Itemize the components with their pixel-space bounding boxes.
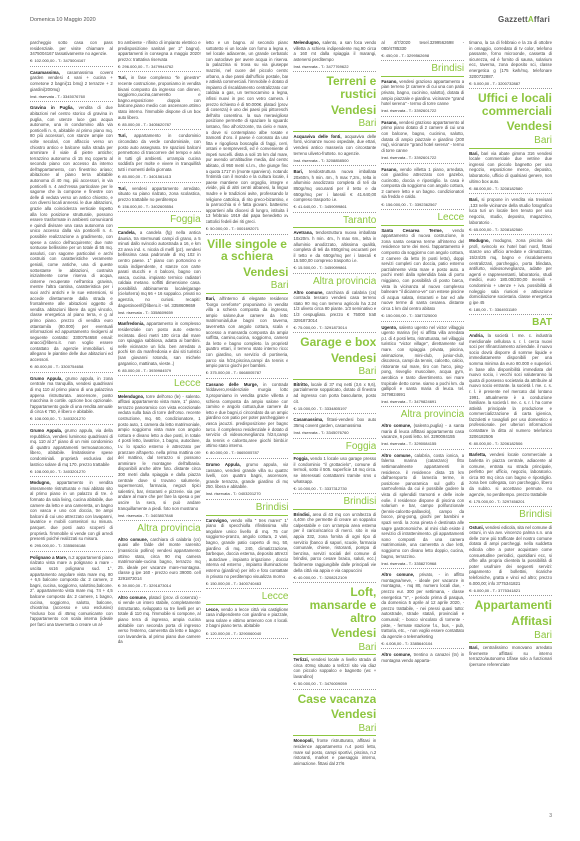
classified-ad: Fasano, vendesi grazioso appartamento a … (381, 79, 464, 117)
section-heading: Bari (293, 119, 376, 132)
ad-location: Melendugno, (293, 40, 320, 45)
ad-location: Fasano, (381, 120, 397, 125)
ad-price-contact: €: 120.000,00 - T.: 3290060040 (206, 631, 289, 640)
ad-location: Acquaviva delle fonti, (293, 134, 341, 139)
ad-price-contact: Inst. riservata - T.: 3403807848 (118, 513, 201, 522)
section-heading: Lecce (381, 213, 464, 226)
section-heading: Appartamenti (469, 599, 552, 612)
ad-price-contact: €: 85.000,00 - T.: 3405620787 (118, 122, 201, 131)
ad-location: Altro comune, (381, 572, 414, 577)
section-heading: Vendesi (293, 104, 376, 117)
section-heading: Affitasi (469, 615, 552, 628)
column-6: timano, la 1a di febbraio e la 2a di ott… (469, 40, 552, 820)
section-heading: Vendesi (293, 627, 376, 640)
ad-location: Bari, (293, 169, 303, 174)
classified-ad: Brindisi, area di 43 mq con un'altezza d… (293, 512, 376, 584)
classified-ad: Modugno, appartamento in vendita interam… (30, 480, 113, 552)
ad-location: Modugno, (30, 480, 51, 485)
classified-ad: Turi, vendesi appartamento arredato, sit… (118, 186, 201, 213)
ad-location: Grumo Appula, (30, 376, 63, 381)
section-heading: Vendesi (293, 708, 376, 721)
ad-price-contact: €: 175.000,00 - T.: 3297458201 (469, 499, 552, 508)
ad-location: Ostuni, (469, 525, 484, 530)
section-heading: Lecce (118, 379, 201, 392)
ad-location: Terlizzi, (293, 657, 308, 662)
classified-ad: Grumo Appula, grumo appula, in zona cent… (30, 376, 113, 425)
ad-location: Bitritto, (293, 382, 308, 387)
ad-price-contact: €: 10.000,00 - T.: 3337312730 (293, 486, 376, 495)
section-heading: Garage e box (293, 336, 376, 349)
ad-price-contact: Inst. riservata - T.: 3479824691 (381, 399, 464, 408)
section-heading: Bari (469, 631, 552, 644)
ad-price-contact: €: 75.000,00 - T.: 3291873014 (293, 325, 376, 334)
classified-ad: Altro comune, privato, - in affitto mont… (381, 572, 464, 649)
ad-location: Grumo Appula, (30, 428, 62, 433)
ad-price-contact: Inst. riservata - T.: 0403201270 (206, 491, 289, 500)
ad-location: Modugno, (469, 238, 490, 243)
classified-ad: Casamassima, fittasi-vendesi box auto 35… (293, 417, 376, 438)
classified-ad: Manfredonia, appartamento in complesso r… (118, 321, 201, 376)
classified-ad: Bari, all'interno di elegante residence … (206, 296, 289, 379)
ad-text: vendo villa " tres mares" 1° piano di sp… (206, 518, 289, 579)
ad-price-contact: €: 156.000,00 - T.: 3392362567 (381, 202, 464, 211)
ad-text: bari via abate gimma 316 vendesi locale … (469, 151, 552, 184)
classified-ad: Fasano, vendesi grazioso appartamento al… (381, 120, 464, 164)
ad-location: Altro comune, (381, 652, 411, 657)
ad-location: Andria, (469, 333, 484, 338)
classified-ad: Grumo Appula, grumo appula, via della re… (30, 428, 113, 477)
ad-price-contact: €: 5.000,00 - T.: 3200732887 (469, 81, 552, 90)
classified-ad: Foggia, vendo 1 locale uso garage presso… (293, 456, 376, 494)
classified-ad: Altro comune, trentino a canazei (tn) in… (381, 652, 464, 663)
section-heading: Bari (293, 724, 376, 737)
ad-location: Cassano delle Murge, (206, 382, 258, 387)
classified-ad: Gravina in Puglia, vendita di due abitaz… (30, 105, 113, 372)
ad-text: grumo appula, via della repubblica, vend… (30, 428, 113, 467)
section-heading: Bari (206, 281, 289, 294)
section-heading: Bari (293, 367, 376, 380)
ad-text: salento ugento nel victor villaggio ugen… (381, 325, 464, 397)
classified-ad: letto e un bagno. al secondo piano sotto… (206, 40, 289, 235)
ad-text: privato, - in affitto montagna/neve, - i… (381, 572, 464, 639)
ad-location: Santa Cesarea Terme, (381, 228, 442, 233)
classified-ad: Grumo Appula, grumo appula, via cassano,… (206, 462, 289, 500)
classified-ad: Barletta, vendesi locale commerciale a b… (469, 452, 552, 507)
section-heading: Bari (293, 643, 376, 656)
ad-location: Casamassima, (293, 417, 323, 422)
classified-ad: Bari, centralissimo monovano arredato fi… (469, 645, 552, 667)
classified-ad: parcheggio sotto casa con pass residenzi… (30, 40, 113, 67)
ad-price-contact: €: 80.000,00 - T.: 0665005787 (206, 450, 289, 459)
ad-price-contact: €: 150.000,00 - T.: 3387325000 (381, 313, 464, 322)
ad-text: vendo villetta 1 piano, arredata, con gi… (381, 167, 464, 200)
classifieds-columns: parcheggio sotto casa con pass residenzi… (30, 40, 552, 820)
column-1: parcheggio sotto casa con pass residenzi… (30, 40, 113, 820)
ad-location: Fasano, (381, 167, 397, 172)
ad-location: Avetrana, (293, 230, 312, 235)
ad-text: appartamento in condominio circondato da… (118, 133, 201, 172)
ad-text: all'interno di elegante residence "borgo… (206, 296, 289, 368)
ad-text: area di 43 mq con un'altezza di 4,40m ch… (293, 512, 376, 573)
ad-price-contact: Inst. riservata - T.: 3345076760 (30, 94, 113, 103)
classified-ad: tro ambiente - rifinito di impianto elet… (118, 40, 201, 72)
ad-price-contact: €: 88.000,00 - T.: 3208182580 (469, 186, 552, 195)
section-heading: Taranto (293, 216, 376, 229)
ad-price-contact: €: 39.000,00 - T.: 3291873014 (118, 583, 201, 592)
classified-ad: Modugno, modugno, zona piscina dei profi… (469, 238, 552, 315)
ad-text: vendita di due abitazioni nel centro sto… (30, 105, 113, 362)
ad-location: Casamassima, (30, 70, 60, 75)
classified-ad: Bitritto, locale di 37 mq netti (3,6 x 9… (293, 382, 376, 414)
classified-ad: Polignano a Mare, n.2 appartamenti piano… (30, 555, 113, 628)
classified-ad: Ostuni, vendesi edicola, sita nel comune… (469, 525, 552, 597)
section-heading: Uffici e locali commerciali (469, 92, 552, 117)
page-number: 3 (549, 813, 552, 819)
ad-location: Altro comune, (118, 537, 148, 542)
ad-price-contact: €: 80.000,00 - T.: 3206182506 (469, 441, 552, 450)
ad-price-contact: €: 4.008,00 - T.: 3385640104 (381, 641, 464, 650)
section-heading: BAT (469, 318, 552, 331)
ad-text: letto e un bagno. al secondo piano sotto… (206, 40, 289, 224)
ad-location: Altro comune, (381, 423, 411, 428)
page-header: Domenica 10 Maggio 2020 GazzettAffari (0, 0, 580, 40)
classified-ad: Turi, in fase complesso "le ginestre" re… (118, 75, 201, 130)
ad-price-contact: Inst. riservata - T.: 3477769622 (293, 64, 376, 73)
ad-text: vendo appartamento di nuova costruzione,… (381, 228, 464, 311)
ad-price-contact: €: 108.000,00 - T.: 3403201270 (30, 416, 113, 425)
classified-ad: Altro comune, carchiara di calabria (cs)… (293, 290, 376, 334)
classified-ad: Santa Cesarea Terme, vendo appartamento … (381, 228, 464, 322)
ad-location: Polignano a Mare, (30, 555, 67, 560)
ad-text: tro ambiente - rifinito di impianto elet… (118, 40, 201, 62)
ad-price-contact: €: 295.000,00 - T.: 3355656188 (30, 543, 113, 552)
ad-text: vendo a lecce città via castiglione casa… (206, 607, 289, 629)
ad-text: si propone in vendita via trevisani ,133… (469, 197, 552, 224)
ad-price-contact: €: 85.000,00 - T.: 3939984579 (118, 368, 201, 377)
ad-location: Bari, (469, 151, 479, 156)
section-heading: Brindisi (469, 510, 552, 523)
ad-price-contact: €: 375.000,00 - T.: 0668005787 (206, 370, 289, 379)
ad-location: Monopoli, (293, 738, 313, 743)
classified-ad: Altro comune, platacì (prov. di cosenza)… (118, 595, 201, 645)
ad-location: Bari, (469, 645, 479, 650)
section-heading: Vendesi (293, 352, 376, 365)
section-heading: Brindisi (381, 64, 464, 77)
classified-ad: Andria, la società l. me. c. industria m… (469, 333, 552, 449)
classified-ad: Lecce, vendo a lecce città via castiglio… (206, 607, 289, 639)
gazzetta-affari-logo: GazzettAffari (498, 15, 550, 24)
section-heading: Ville singole e a schiera (206, 238, 289, 263)
ad-price-contact: €: 15.000,00 - T.: 3334805197 (293, 406, 376, 415)
classified-ad: Acquaviva delle fonti, acquaviva delle f… (293, 134, 376, 166)
ad-price-contact: €: 108.000,00 - T.: 3403201270 (30, 469, 113, 478)
ad-text: a candela (fg) nella antica daunia, tra … (118, 230, 201, 308)
ad-location: Turi, (118, 133, 127, 138)
ad-location: Gravina in Puglia, (30, 105, 74, 110)
section-heading: Terreni e rustici (293, 75, 376, 100)
ad-location: Carovigno, (206, 518, 228, 523)
ad-price-contact: Inst. riservata - T.: 3392601722 (381, 155, 464, 164)
ad-price-contact: €: 65.000,00 - T.: 3208182580 (469, 227, 552, 236)
publication-date: Domenica 10 Maggio 2020 (30, 17, 96, 23)
ad-price-contact: €: 450,00 - T.: 3299562698 (381, 53, 464, 62)
ad-price-contact: Inst. riservata - T.: 3358270968 (381, 561, 464, 570)
classified-ad: Turi, appartamento in condominio circond… (118, 133, 201, 182)
ad-text: n.2 appartamenti piano rialzato vista ma… (30, 555, 113, 627)
ad-text: torre dell'orso (le) - salento. affitasi… (118, 394, 201, 511)
ad-location: Turi, (118, 75, 127, 80)
section-heading: Vendesi (469, 120, 552, 133)
ad-price-contact: €: 15.500,00 - T.: 3459099861 (293, 265, 376, 274)
ad-location: Grumo Appula, (206, 462, 241, 467)
ad-location: Foggia, (293, 456, 308, 461)
section-heading: Altra provincia (381, 410, 464, 421)
section-heading: Foggia (293, 442, 376, 455)
ad-location: Altro comune, (293, 290, 323, 295)
ad-price-contact: €: 102.000,00 - T.: 3475004167 (30, 58, 113, 67)
section-heading: Lecce (206, 592, 289, 605)
column-5: al 4/7/2020 tesel.3299562698 - 080/47853… (381, 40, 464, 820)
classified-ad: al 4/7/2020 tesel.3299562698 - 080/47853… (381, 40, 464, 61)
ad-text: in fase complesso "le ginestre" recente … (118, 75, 201, 119)
section-heading: Loft, mansarde e altro (293, 586, 376, 624)
ad-location: Turi, (118, 186, 127, 191)
ad-text: parcheggio sotto casa con pass residenzi… (30, 40, 113, 56)
ad-price-contact: Inst. riservata - T.: 3290084155 (381, 441, 464, 450)
ad-location: Altro comune, (118, 595, 147, 600)
ad-price-contact: €: 41.640,00 - T.: 3459099861 (293, 204, 376, 213)
classified-ad: Altro comune, carchiara di calabria (cs)… (118, 537, 201, 592)
section-heading: Altra provincia (118, 524, 201, 535)
section-heading: Altra provincia (293, 277, 376, 288)
ad-price-contact: €: 50.000,00 - T.: 0001692071 (206, 226, 289, 235)
ad-price-contact: Inst. riservata - T.: 3208858500 (293, 158, 376, 167)
ad-location: Bari, (206, 296, 216, 301)
classified-ad: Monopoli, fronte ristrutturato, affitasi… (293, 738, 376, 766)
ad-text: vendesi appartamento arredato, situato s… (118, 186, 201, 202)
section-heading: Brindisi (206, 503, 289, 516)
classified-ad: Ugento, salento ugento nel victor villag… (381, 325, 464, 408)
classified-ad: Bari, si propone in vendita via trevisan… (469, 197, 552, 235)
section-heading: Vendesi (206, 266, 289, 279)
classified-ad: Fasano, vendo villetta 1 piano, arredata… (381, 167, 464, 211)
column-2: tro ambiente - rifinito di impianto elet… (118, 40, 201, 820)
ad-location: Candela, (118, 230, 136, 235)
ad-location: Barletta, (469, 452, 486, 457)
classified-ad: Bari, tendostruttura nuova imballata 20x… (293, 169, 376, 213)
classified-ad: timano, la 1a di febbraio e la 2a di ott… (469, 40, 552, 89)
classified-ad: Melendugno, torre dell'orso (le) - salen… (118, 394, 201, 522)
classified-ad: Casamassima, casamassima covent garden v… (30, 70, 113, 102)
section-heading: Foggia (118, 215, 201, 228)
ad-price-contact: €: 50.000,00 - T.: 3476009059 (293, 681, 376, 690)
ad-location: Altro comune, (381, 453, 411, 458)
ad-price-contact: Inst. riservata - T.: 3345076760 (293, 430, 376, 439)
section-heading: Brindisi (293, 497, 376, 510)
ad-price-contact: €: 156.000,00 - T.: 3402605554 (118, 204, 201, 213)
ad-text: calabria, costa ionica, a falerna marina… (381, 453, 464, 559)
ad-location: Lecce, (206, 607, 219, 612)
classified-ad: Bari, bari via abate gimma 316 vendesi l… (469, 151, 552, 195)
ad-text: centralissimo monovano arredato finement… (469, 645, 552, 667)
ad-location: Bari, (469, 197, 479, 202)
ad-price-contact: €: 85.000,00 - T.: 3401561413 (118, 174, 201, 183)
ad-price-contact: €: 296.000,00 - T.: 3479944762 (118, 64, 201, 73)
ad-text: vendesi edicola, sita nel comune di ostu… (469, 525, 552, 586)
ad-text: la società l. me. c. industria meridiona… (469, 333, 552, 439)
section-heading: Bari (469, 136, 552, 149)
ad-text: in contrada h/ddavero,residenziale murgi… (206, 382, 289, 449)
ad-price-contact: Inst. riservata - T.: 3358609659 (118, 310, 201, 319)
ad-location: Ugento, (381, 325, 397, 330)
ad-text: appartamento in vendita interamente rist… (30, 480, 113, 541)
ad-text: platacì (prov. di cosenza) - si vende un… (118, 595, 201, 645)
ad-text: vendesi locale commerciale a barletta in… (469, 452, 552, 496)
classified-ad: Altro comune, (salento,puglia) - a santa… (381, 423, 464, 450)
ad-text: timano, la 1a di febbraio e la 2a di ott… (469, 40, 552, 79)
classified-ad: Candela, a candela (fg) nella antica dau… (118, 230, 201, 318)
section-heading: Case vacanza (293, 693, 376, 706)
ad-price-contact: €: 40.000,00 - T.: 3208212109 (293, 575, 376, 584)
ad-text: grumo appula, in zona centrale ma tranqu… (30, 376, 113, 415)
ad-price-contact: €: 180,00 - T.: 3364931189 (469, 307, 552, 316)
column-3: letto e un bagno. al secondo piano sotto… (206, 40, 289, 820)
ad-price-contact: €: 150.000,00 - T.: 3400740463 (206, 581, 289, 590)
ad-location: Melendugno, (118, 394, 145, 399)
ad-text: carchiara di calabria (cs) quasi alle fa… (118, 537, 201, 581)
ad-text: tendostruttura nuova imballata 10x20m. h… (293, 230, 376, 263)
ad-text: carchiara di calabria (cs) contrada tess… (293, 290, 376, 323)
ad-price-contact: Inst. riservata - T.: 3392601722 (381, 108, 464, 117)
ad-text: modugno, zona piscina dei profi, svincol… (469, 238, 552, 305)
ad-text: vendesi grazioso appartamento al primo p… (381, 120, 464, 153)
ad-text: tendostruttura nuova imballata 20x60m, h… (293, 169, 376, 202)
ad-location: Manfredonia, (118, 321, 145, 326)
ad-price-contact: €: 6.000,00 - T.: 3775341821 (469, 588, 552, 597)
ad-location: Brindisi, (293, 512, 310, 517)
classified-ad: Altro comune, calabria, costa ionica, a … (381, 453, 464, 569)
ad-price-contact: €: 80.000,00 - T.: 3300754658 (30, 364, 113, 373)
ad-location: Fasano, (381, 79, 397, 84)
classified-ad: Cassano delle Murge, in contrada h/ddave… (206, 382, 289, 459)
ad-text: appartamento in complesso residenziale c… (118, 321, 201, 365)
classified-ad: Carovigno, vendo villa " tres mares" 1° … (206, 518, 289, 590)
classified-ad: Avetrana, tendostruttura nuova imballata… (293, 230, 376, 274)
classified-ad: Terlizzi, vendesi locale a livello strad… (293, 657, 376, 689)
classified-ad: Melendugno, salento, a san foca vendo vi… (293, 40, 376, 72)
column-4: Melendugno, salento, a san foca vendo vi… (293, 40, 376, 820)
ad-text: al 4/7/2020 tesel.3299562698 - 080/47853… (381, 40, 464, 51)
